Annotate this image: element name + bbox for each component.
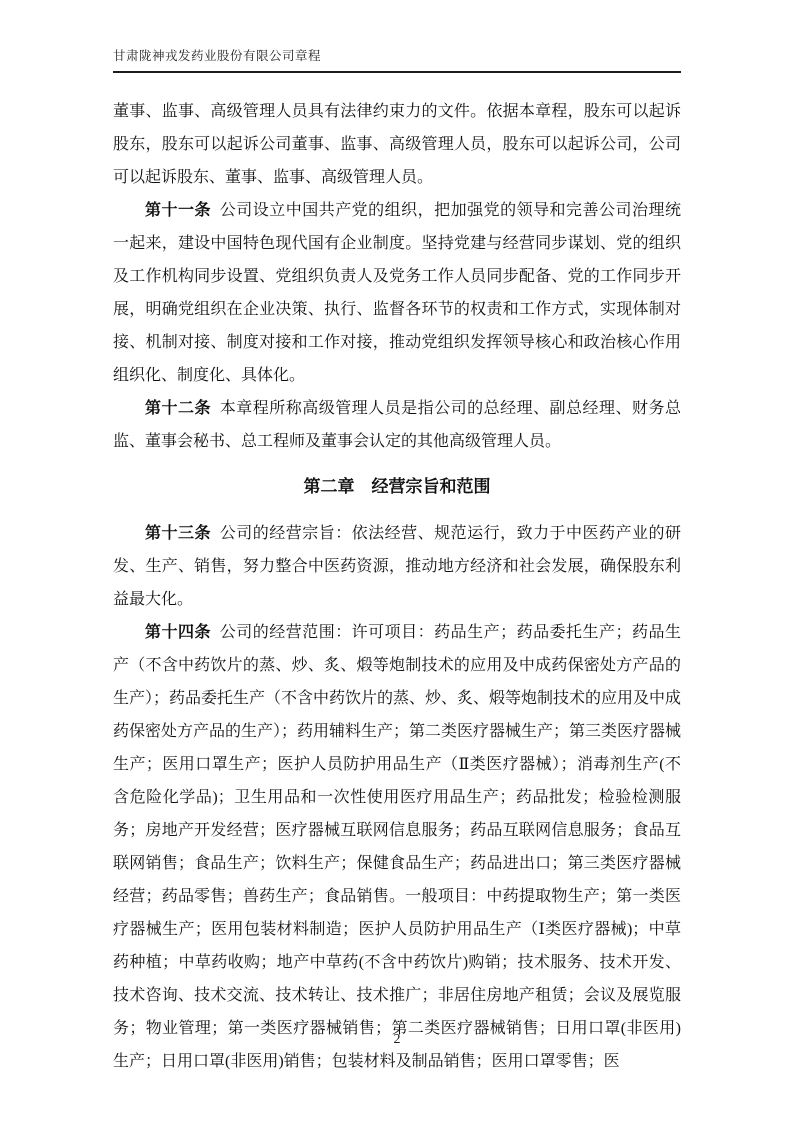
paragraph: 第十四条公司的经营范围：许可项目：药品生产；药品委托生产；药品生产（不含中药饮片…: [113, 616, 681, 1078]
page-number: 2: [394, 1032, 401, 1047]
paragraph: 第十二条本章程所称高级管理人员是指公司的总经理、副总经理、财务总监、董事会秘书、…: [113, 392, 681, 458]
article-number: 第十一条: [145, 202, 211, 219]
document-page: 甘肃陇神戎发药业股份有限公司章程 董事、监事、高级管理人员具有法律约束力的文件。…: [0, 0, 794, 1122]
paragraph: 董事、监事、高级管理人员具有法律约束力的文件。依据本章程，股东可以起诉股东，股东…: [113, 95, 681, 194]
page-header-title: 甘肃陇神戎发药业股份有限公司章程: [113, 46, 681, 71]
chapter-heading: 第二章经营宗旨和范围: [113, 470, 681, 503]
document-body: 董事、监事、高级管理人员具有法律约束力的文件。依据本章程，股东可以起诉股东，股东…: [113, 95, 681, 1078]
article-number: 第二章: [304, 477, 355, 496]
header-rule: [113, 71, 681, 73]
paragraph-text: 公司的经营范围：许可项目：药品生产；药品委托生产；药品生产（不含中药饮片的蒸、炒…: [113, 624, 681, 1070]
article-number: 第十三条: [145, 525, 211, 542]
article-number: 第十二条: [145, 400, 211, 417]
article-number: 第十四条: [145, 624, 211, 641]
paragraph-text: 董事、监事、高级管理人员具有法律约束力的文件。依据本章程，股东可以起诉股东，股东…: [113, 103, 681, 186]
paragraph: 第十三条公司的经营宗旨：依法经营、规范运行，致力于中医药产业的研发、生产、销售，…: [113, 517, 681, 616]
paragraph-text: 经营宗旨和范围: [372, 477, 491, 496]
paragraph: 第十一条公司设立中国共产党的组织，把加强党的领导和完善公司治理统一起来，建设中国…: [113, 194, 681, 392]
paragraph-text: 公司设立中国共产党的组织，把加强党的领导和完善公司治理统一起来，建设中国特色现代…: [113, 202, 681, 384]
page-footer: 2: [0, 1032, 794, 1048]
page-header: 甘肃陇神戎发药业股份有限公司章程: [113, 46, 681, 73]
